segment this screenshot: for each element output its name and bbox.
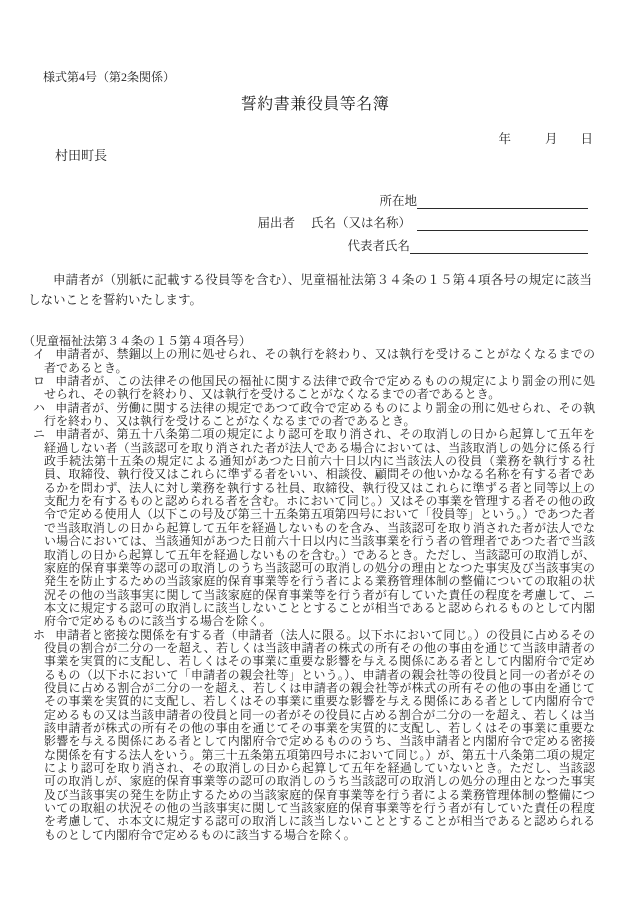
- legal-reference-section: （児童福祉法第３４条の１５第４項各号） イ申請者が、禁錮以上の刑に処せられ、その…: [23, 335, 595, 842]
- address-label: 所在地: [379, 191, 417, 209]
- address-blank-field[interactable]: [417, 193, 588, 209]
- name-label: 氏名（又は名称）: [311, 213, 411, 231]
- name-blank-field[interactable]: [417, 215, 588, 231]
- submitter-representative-row: 代表者氏名: [257, 231, 588, 254]
- legal-item-ho-text: 申請者と密接な関係を有する者（申請者（法人に限る。以下ホにおいて同じ。）の役員に…: [44, 628, 595, 842]
- addressee-label: 村田町長: [55, 148, 107, 164]
- legal-item-ha-marker: ハ: [33, 401, 45, 415]
- legal-item-ho: ホ申請者と密接な関係を有する者（申請者（法人に限る。以下ホにおいて同じ。）の役員…: [33, 629, 595, 843]
- legal-item-i-marker: イ: [33, 347, 45, 361]
- legal-item-ha-text: 申請者が、労働に関する法律の規定であつて政令で定めるものにより罰金の刑に処せられ…: [44, 401, 595, 428]
- submitter-address-row: 所在地: [257, 186, 588, 209]
- form-number-label: 様式第4号（第2条関係）: [43, 70, 175, 84]
- legal-item-i: イ申請者が、禁錮以上の刑に処せられ、その執行を終わり、又は執行を受けることがなく…: [33, 348, 595, 375]
- legal-item-ro-text: 申請者が、この法律その他国民の福祉に関する法律で政令で定めるものの規定により罰金…: [44, 374, 595, 401]
- legal-item-ha: ハ申請者が、労働に関する法律の規定であつて政令で定めるものにより罰金の刑に処せら…: [33, 402, 595, 429]
- legal-item-ro-marker: ロ: [33, 374, 45, 388]
- legal-item-ni: ニ申請者が、第五十八条第二項の規定により認可を取り消され、その取消しの日から起算…: [33, 428, 595, 628]
- representative-blank-field[interactable]: [410, 238, 588, 254]
- legal-item-ho-marker: ホ: [33, 628, 45, 642]
- date-line: 年 月 日: [498, 132, 593, 147]
- submitter-role-label: 届出者: [257, 213, 295, 231]
- legal-item-ni-text: 申請者が、第五十八条第二項の規定により認可を取り消され、その取消しの日から起算し…: [44, 427, 595, 628]
- legal-item-i-text: 申請者が、禁錮以上の刑に処せられ、その執行を終わり、又は執行を受けることがなくな…: [44, 347, 595, 374]
- date-month-label: 月: [545, 132, 558, 147]
- legal-item-ni-marker: ニ: [33, 427, 45, 441]
- legal-items-list: イ申請者が、禁錮以上の刑に処せられ、その執行を終わり、又は執行を受けることがなく…: [33, 348, 595, 842]
- document-title: 誓約書兼役員等名簿: [0, 95, 630, 115]
- date-day-label: 日: [580, 132, 593, 147]
- submitter-name-row: 届出者 氏名（又は名称）: [257, 209, 588, 232]
- pledge-paragraph: 申請者が（別紙に記載する役員等を含む）、児童福祉法第３４条の１５第４項各号の規定…: [28, 270, 592, 310]
- submitter-block: 所在地 届出者 氏名（又は名称） 代表者氏名: [257, 186, 588, 254]
- legal-item-ro: ロ申請者が、この法律その他国民の福祉に関する法律で政令で定めるものの規定により罰…: [33, 375, 595, 402]
- document-page: 様式第4号（第2条関係） 誓約書兼役員等名簿 年 月 日 村田町長 所在地 届出…: [0, 0, 630, 903]
- representative-label: 代表者氏名: [347, 236, 410, 254]
- date-year-label: 年: [498, 132, 511, 147]
